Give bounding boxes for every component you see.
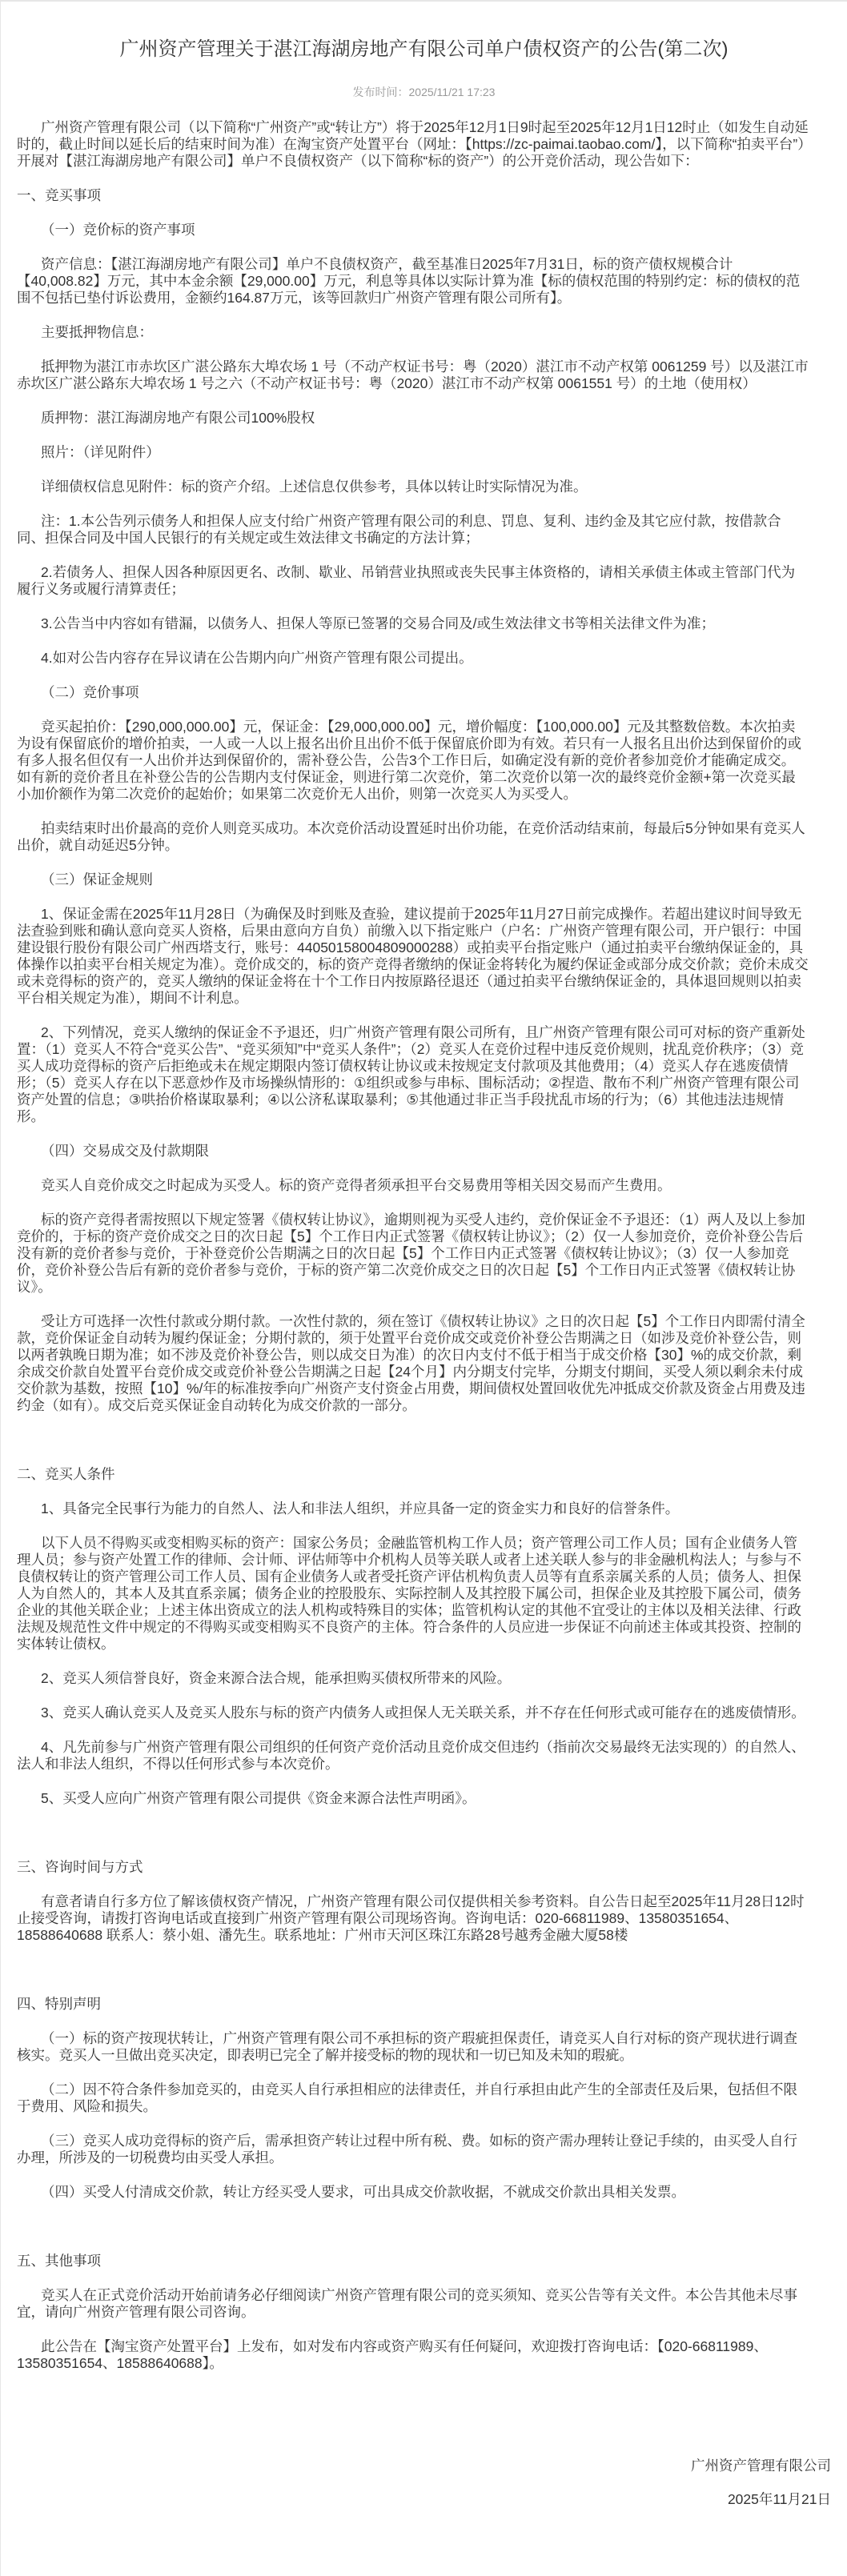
text-line: 人为自然人的，其本人及其直系亲属；债务企业的控股股东、实际控制人及其控股下属公司… (17, 1585, 833, 1602)
intro-paragraph: 广州资产管理有限公司（以下简称“广州资产”或“转让方”）将于2025年12月1日… (17, 119, 833, 170)
text-line: 如有新的竞价者且在补登公告的公告期内支付保证金，则进行第二次竞价，第二次竞价以第… (17, 769, 833, 786)
text-line: 约金（如有）。成交后竞买保证金自动转化为成交价款的一部分。 (17, 1397, 833, 1414)
paragraph: 主要抵押物信息： (17, 324, 833, 341)
text-line: （一）标的资产按现状转让，广州资产管理有限公司不承担标的资产瑕疵担保责任，请竞买… (17, 2030, 833, 2047)
text-line: 法规及规范性文件中规定的不得购买或变相购买不良资产的主体。符合条件的人员应进一步… (17, 1619, 833, 1636)
text-line: 法查验到账和确认意向竞买人资格，后果由意向方自负）前缴入以下指定账户（户名：广州… (17, 923, 833, 939)
section-heading: 五、其他事项 (17, 2253, 833, 2270)
section: 四、特别声明（一）标的资产按现状转让，广州资产管理有限公司不承担标的资产瑕疵担保… (17, 1996, 833, 2218)
text-line: 资产处置的信息；③哄抬价格谋取暴利；④以公济私谋取暴利；⑤其他通过非正当手段扰乱… (17, 1092, 833, 1108)
text-line: 3.公告当中内容如有错漏，以债务人、担保人等原已签署的交易合同及/或生效法律文书… (17, 615, 833, 632)
paragraph: 详细债权信息见附件：标的资产介绍。上述信息仅供参考，具体以转让时实际情况为准。 (17, 479, 833, 495)
signature-date: 2025年11月21日 (728, 2491, 831, 2508)
paragraph: 竞买人在正式竞价活动开始前请务必仔细阅读广州资产管理有限公司的竞买须知、竞买公告… (17, 2287, 833, 2321)
text-line: 形。 (17, 1108, 833, 1125)
paragraph: 1、保证金需在2025年11月28日（为确保及时到账及查验，建议提前于2025年… (17, 906, 833, 1007)
text-line: （四）买受人付清成交价款，转让方经买受人要求，可出具成交价款收据，不就成交价款出… (17, 2184, 833, 2201)
text-line: 止接受咨询，请拨打咨询电话或直接到广州资产管理有限公司现场咨询。咨询电话：020… (17, 1910, 833, 1927)
text-line: 余成交价款自处置平台竞价成交或竞价补登公告期满之日起【24个月】内分期支付完毕，… (17, 1364, 833, 1380)
text-line: 竞买起拍价：【290,000,000.00】元，保证金：【29,000,000.… (17, 719, 833, 735)
section-heading: 一、竞买事项 (17, 187, 833, 204)
sub-heading: （三）保证金规则 (17, 871, 833, 888)
paragraph: 5、买受人应向广州资产管理有限公司提供《资金来源合法性声明函》。 (17, 1790, 833, 1807)
text-line: 围不包括已垫付诉讼费用，金额约164.87万元，该等回款归广州资产管理有限公司所… (17, 290, 833, 306)
text-line: 此公告在【淘宝资产处置平台】上发布，如对发布内容或资产购买有任何疑问，欢迎拨打咨… (17, 2338, 833, 2355)
text-line: 企业的其他关联企业；上述主体出资成立的法人机构或特殊目的实体；监管机构认定的其他… (17, 1602, 833, 1619)
text-line: 资产信息：【湛江海湖房地产有限公司】单户不良债权资产，截至基准日2025年7月3… (17, 256, 833, 273)
text-line: 竞价的，于标的资产竞价成交之日的次日起【5】个工作日内正式签署《债权转让协议》；… (17, 1228, 833, 1245)
text-line: 履行义务或履行清算责任； (17, 581, 833, 598)
text-line: 2、下列情况，竞买人缴纳的保证金不予退还，归广州资产管理有限公司所有，且广州资产… (17, 1024, 833, 1041)
text-line: 款，竞价保证金自动转为履约保证金；分期付款的，须于处置平台竞价成交或竞价补登公告… (17, 1330, 833, 1347)
signature-org: 广州资产管理有限公司 (691, 2458, 831, 2474)
paragraph: 竞买起拍价：【290,000,000.00】元，保证金：【29,000,000.… (17, 719, 833, 803)
paragraph: （四）买受人付清成交价款，转让方经买受人要求，可出具成交价款收据，不就成交价款出… (17, 2184, 833, 2201)
paragraph: 2.若债务人、担保人因各种原因更名、改制、歇业、吊销营业执照或丧失民事主体资格的… (17, 564, 833, 598)
section-heading-text: 三、咨询时间与方式 (17, 1859, 833, 1876)
section-heading: 三、咨询时间与方式 (17, 1859, 833, 1876)
text-line: 议》。 (17, 1279, 833, 1296)
text-line: （四）交易成交及付款期限 (17, 1143, 833, 1160)
text-line: 理人员；参与资产处置工作的律师、会计师、评估师等中介机构人员等关联人或者上述关联… (17, 1552, 833, 1568)
section-heading: 二、竞买人条件 (17, 1466, 833, 1483)
text-line: 标的资产竞得者需按照以下规定签署《债权转让协议》，逾期则视为买受人违约，竞价保证… (17, 1212, 833, 1228)
paragraph: （三）竞买人成功竞得标的资产后，需承担资产转让过程中所有税、费。如标的资产需办理… (17, 2133, 833, 2166)
text-line: 以两者孰晚日期为准；如不涉及竞价补登公告，则以成交日为准）的次日内支付不低于相当… (17, 1347, 833, 1364)
paragraph: 1、具备完全民事行为能力的自然人、法人和非法人组织，并应具备一定的资金实力和良好… (17, 1500, 833, 1517)
publish-meta: 发布时间：2025/11/21 17:23 (1, 84, 847, 101)
page-title: 广州资产管理关于湛江海湖房地产有限公司单户债权资产的公告(第二次) (1, 38, 847, 62)
text-line: 竞买人在正式竞价活动开始前请务必仔细阅读广州资产管理有限公司的竞买须知、竞买公告… (17, 2287, 833, 2304)
paragraph: 质押物：湛江海湖房地产有限公司100%股权 (17, 410, 833, 427)
paragraph: 4.如对公告内容存在异议请在公告期内向广州资产管理有限公司提出。 (17, 650, 833, 667)
text-line: 买人成功竞得标的资产后拒绝或未在规定期限内签订债权转让协议或未按规定支付款项及其… (17, 1058, 833, 1075)
paragraph: 3、竞买人确认竞买人及竞买人股东与标的资产内债务人或担保人无关联关系，并不存在任… (17, 1705, 833, 1721)
paragraph: 2、竞买人须信誉良好，资金来源合法合规，能承担购买债权所带来的风险。 (17, 1670, 833, 1687)
sections: 一、竞买事项（一）竞价标的资产事项资产信息：【湛江海湖房地产有限公司】单户不良债… (17, 187, 833, 2390)
section: 三、咨询时间与方式有意者请自行多方位了解该债权资产情况，广州资产管理有限公司仅提… (17, 1859, 833, 1961)
text-line: 受让方可选择一次性付款或分期付款。一次性付款的，须在签订《债权转让协议》之日的次… (17, 1313, 833, 1330)
paragraph: 2、下列情况，竞买人缴纳的保证金不予退还，归广州资产管理有限公司所有，且广州资产… (17, 1024, 833, 1125)
text-line: 5、买受人应向广州资产管理有限公司提供《资金来源合法性声明函》。 (17, 1790, 833, 1807)
text-line: 1、具备完全民事行为能力的自然人、法人和非法人组织，并应具备一定的资金实力和良好… (17, 1500, 833, 1517)
paragraph: 标的资产竞得者需按照以下规定签署《债权转让协议》，逾期则视为买受人违约，竞价保证… (17, 1212, 833, 1296)
paragraph: 资产信息：【湛江海湖房地产有限公司】单户不良债权资产，截至基准日2025年7月3… (17, 256, 833, 306)
text-line: 18588640688 联系人：蔡小姐、潘先生。联系地址：广州市天河区珠江东路2… (17, 1927, 833, 1944)
text-line: 主要抵押物信息： (17, 324, 833, 341)
paragraph: （一）标的资产按现状转让，广州资产管理有限公司不承担标的资产瑕疵担保责任，请竞买… (17, 2030, 833, 2064)
text-line: 价，竞价补登公告后有新的竞价者参与竞价，于标的资产第二次竞价成交之日的次日起【5… (17, 1262, 833, 1279)
text-line: 办理，所涉及的一切税费均由买受人承担。 (17, 2149, 833, 2166)
text-line: 2.若债务人、担保人因各种原因更名、改制、歇业、吊销营业执照或丧失民事主体资格的… (17, 564, 833, 581)
paragraph: 拍卖结束时出价最高的竞价人则竞买成功。本次竞价活动设置延时出价功能，在竞价活动结… (17, 820, 833, 854)
paragraph: 抵押物为湛江市赤坎区广湛公路东大埠农场 1 号（不动产权证书号：粤（2020）湛… (17, 359, 833, 392)
publish-time-label: 发布时间： (353, 86, 409, 98)
sub-heading: （二）竞价事项 (17, 684, 833, 701)
text-line: （三）竞买人成功竞得标的资产后，需承担资产转让过程中所有税、费。如标的资产需办理… (17, 2133, 833, 2149)
paragraph: 受让方可选择一次性付款或分期付款。一次性付款的，须在签订《债权转让协议》之日的次… (17, 1313, 833, 1414)
article-body: 广州资产管理有限公司（以下简称“广州资产”或“转让方”）将于2025年12月1日… (17, 119, 833, 2390)
text-line: 拍卖结束时出价最高的竞价人则竞买成功。本次竞价活动设置延时出价功能，在竞价活动结… (17, 820, 833, 837)
text-line: 为设有保留底价的增价拍卖，一人或一人以上报名出价且出价不低于保留底价即为有效。若… (17, 735, 833, 752)
section: 五、其他事项竞买人在正式竞价活动开始前请务必仔细阅读广州资产管理有限公司的竞买须… (17, 2253, 833, 2390)
paragraph: 4、凡先前参与广州资产管理有限公司组织的任何资产竞价活动且竞价成交但违约（指前次… (17, 1739, 833, 1773)
text-line: 有多人报名但仅有一人出价并达到保留价的，需补登公告，公告3个工作日后，如确定没有… (17, 752, 833, 769)
paragraph: 竞买人自竞价成交之时起成为买受人。标的资产竞得者须承担平台交易费用等相关因交易而… (17, 1177, 833, 1194)
text-line: 照片：（详见附件） (17, 444, 833, 461)
text-line: 4.如对公告内容存在异议请在公告期内向广州资产管理有限公司提出。 (17, 650, 833, 667)
text-line: 3、竞买人确认竞买人及竞买人股东与标的资产内债务人或担保人无关联关系，并不存在任… (17, 1705, 833, 1721)
section-heading-text: 一、竞买事项 (17, 187, 833, 204)
text-line: 1、保证金需在2025年11月28日（为确保及时到账及查验，建议提前于2025年… (17, 906, 833, 923)
text-line: （二）竞价事项 (17, 684, 833, 701)
paragraph: 有意者请自行多方位了解该债权资产情况，广州资产管理有限公司仅提供相关参考资料。自… (17, 1893, 833, 1944)
text-line: 时的，截止时间以延长后的结束时间为准）在淘宝资产处置平台（网址：【https:/… (17, 136, 833, 153)
text-line: 核实。竞买人一旦做出竞买决定，即表明已完全了解并接受标的物的现状和一切已知及未知… (17, 2047, 833, 2064)
text-line: 开展对【湛江海湖房地产有限公司】单户不良债权资产（以下简称“标的资产”）的公开竞… (17, 153, 833, 170)
paragraph: 以下人员不得购买或变相购买标的资产：国家公务员；金融监管机构工作人员；资产管理公… (17, 1535, 833, 1653)
text-line: 以下人员不得购买或变相购买标的资产：国家公务员；金融监管机构工作人员；资产管理公… (17, 1535, 833, 1552)
sub-heading: （一）竞价标的资产事项 (17, 222, 833, 238)
text-line: 有意者请自行多方位了解该债权资产情况，广州资产管理有限公司仅提供相关参考资料。自… (17, 1893, 833, 1910)
text-line: 交价款为基数，按照【10】%/年的标准按季向广州资产支付资金占用费，期间债权处置… (17, 1380, 833, 1397)
text-line: 没有新的竞价者参与竞价，于补登竞价公告期满之日的次日起【5】个工作日内正式签署《… (17, 1245, 833, 1262)
text-line: 注：1.本公告列示债务人和担保人应支付给广州资产管理有限公司的利息、罚息、复利、… (17, 513, 833, 530)
text-line: 同、担保合同及中国人民银行的有关规定或生效法律文书确定的方法计算； (17, 530, 833, 547)
section: 二、竞买人条件1、具备完全民事行为能力的自然人、法人和非法人组织，并应具备一定的… (17, 1466, 833, 1825)
section-heading-text: 四、特别声明 (17, 1996, 833, 2013)
paragraph: 此公告在【淘宝资产处置平台】上发布，如对发布内容或资产购买有任何疑问，欢迎拨打咨… (17, 2338, 833, 2372)
section-heading: 四、特别声明 (17, 1996, 833, 2013)
text-line: 【40,008.82】万元，其中本金余额【29,000.00】万元，利息等具体以… (17, 273, 833, 290)
text-line: 抵押物为湛江市赤坎区广湛公路东大埠农场 1 号（不动产权证书号：粤（2020）湛… (17, 359, 833, 375)
paragraph: 照片：（详见附件） (17, 444, 833, 461)
text-line: （一）竞价标的资产事项 (17, 222, 833, 238)
paragraph: （二）因不符合条件参加竞买的，由竞买人自行承担相应的法律责任，并自行承担由此产生… (17, 2081, 833, 2115)
text-line: 竞买人自竞价成交之时起成为买受人。标的资产竞得者须承担平台交易费用等相关因交易而… (17, 1177, 833, 1194)
section-heading-text: 二、竞买人条件 (17, 1466, 833, 1483)
text-line: 详细债权信息见附件：标的资产介绍。上述信息仅供参考，具体以转让时实际情况为准。 (17, 479, 833, 495)
text-line: 法人和非法人组织，不得以任何形式参与本次竞价。 (17, 1756, 833, 1773)
paragraph: 注：1.本公告列示债务人和担保人应支付给广州资产管理有限公司的利息、罚息、复利、… (17, 513, 833, 547)
text-line: 13580351654、18588640688】。 (17, 2355, 833, 2372)
text-line: 体操作以拍卖平台相关规定为准）。竞价成交的，标的资产竞得者缴纳的保证金将转化为履… (17, 956, 833, 973)
text-line: 质押物：湛江海湖房地产有限公司100%股权 (17, 410, 833, 427)
text-line: 实体转让债权。 (17, 1636, 833, 1653)
sub-heading: （四）交易成交及付款期限 (17, 1143, 833, 1160)
text-line: 广州资产管理有限公司（以下简称“广州资产”或“转让方”）将于2025年12月1日… (17, 119, 833, 136)
text-line: 2、竞买人须信誉良好，资金来源合法合规，能承担购买债权所带来的风险。 (17, 1670, 833, 1687)
section: 一、竞买事项（一）竞价标的资产事项资产信息：【湛江海湖房地产有限公司】单户不良债… (17, 187, 833, 1432)
text-line: 良债权转让的资产管理公司工作人员、国有企业债务人或者受托资产评估机构负责人员等有… (17, 1568, 833, 1585)
publish-time: 2025/11/21 17:23 (409, 86, 496, 98)
text-line: 或未竞得标的资产的，竞买人缴纳的保证金将在十个工作日内按原路径退还（通过拍卖平台… (17, 973, 833, 990)
paragraph: 3.公告当中内容如有错漏，以债务人、担保人等原已签署的交易合同及/或生效法律文书… (17, 615, 833, 632)
text-line: 出价，就自动延迟5分钟。 (17, 837, 833, 854)
text-line: 4、凡先前参与广州资产管理有限公司组织的任何资产竞价活动且竞价成交但违约（指前次… (17, 1739, 833, 1756)
text-line: 于费用、风险和损失。 (17, 2098, 833, 2115)
text-line: 置：（1）竞买人不符合“竞买公告”、“竞买须知”中“竞买人条件”；（2）竞买人在… (17, 1041, 833, 1058)
text-line: 小加价额作为第二次竞价的起始价；如果第二次竞价无人出价，则第一次竞买人为买受人。 (17, 786, 833, 803)
text-line: 宜，请向广州资产管理有限公司咨询。 (17, 2304, 833, 2321)
text-line: 形；（5）竞买人存在以下恶意炒作及市场操纵情形的：①组织或参与串标、围标活动；②… (17, 1075, 833, 1092)
text-line: 赤坎区广湛公路东大埠农场 1 号之六（不动产权证书号：粤（2020）湛江市不动产… (17, 375, 833, 392)
text-line: 平台相关规定为准），期间不计利息。 (17, 990, 833, 1007)
text-line: 建设银行股份有限公司广州西塔支行，账号：44050158004809000288… (17, 939, 833, 956)
text-line: （三）保证金规则 (17, 871, 833, 888)
text-line: （二）因不符合条件参加竞买的，由竞买人自行承担相应的法律责任，并自行承担由此产生… (17, 2081, 833, 2098)
announcement-page: 广州资产管理关于湛江海湖房地产有限公司单户债权资产的公告(第二次) 发布时间：2… (0, 0, 847, 2576)
section-heading-text: 五、其他事项 (17, 2253, 833, 2270)
